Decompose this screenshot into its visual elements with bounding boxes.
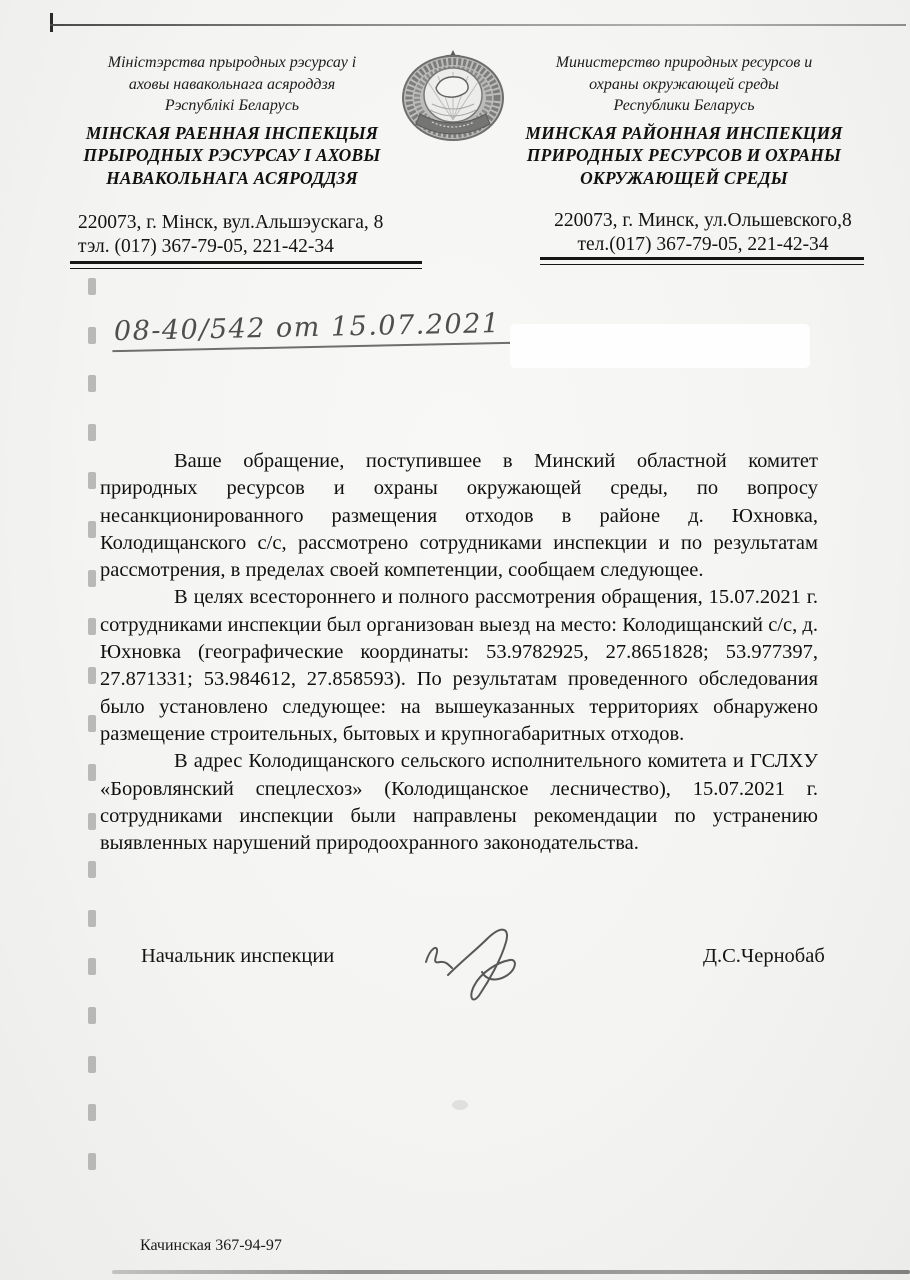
belarus-coat-of-arms-icon	[398, 48, 508, 156]
phone-line: тэл. (017) 367-79-05, 221-42-34	[78, 235, 422, 259]
address-block-belarusian: 220073, г. Мінск, вул.Альшэускага, 8 тэл…	[78, 211, 422, 258]
scan-margin-mark	[88, 1104, 96, 1121]
address-line: 220073, г. Минск, ул.Ольшевского,8	[542, 209, 864, 233]
letter-body: Ваше обращение, поступившее в Минский об…	[100, 448, 818, 857]
scan-margin-mark	[88, 375, 96, 392]
scan-margin-mark	[88, 667, 96, 684]
ministry-line: Министерство природных ресурсов и	[505, 52, 863, 74]
scan-margin-mark	[88, 1007, 96, 1024]
scan-margin-mark	[88, 958, 96, 975]
scan-margin-mark	[88, 327, 96, 344]
scanned-letter-page: Міністэрства прыродных рэсурсау і аховы …	[0, 0, 910, 1280]
inspection-name-line: ПРИРОДНЫХ РЕСУРСОВ И ОХРАНЫ	[505, 144, 863, 167]
double-rule-left	[70, 261, 422, 269]
inspection-name-line: ОКРУЖАЮЩЕЙ СРЕДЫ	[505, 167, 863, 190]
scan-smudge	[452, 1100, 468, 1110]
signer-title: Начальник инспекции	[141, 945, 334, 968]
scan-margin-mark	[88, 570, 96, 587]
inspection-name-line: МІНСКАЯ РАЕННАЯ ІНСПЕКЦЫЯ	[58, 122, 406, 145]
scan-margin-mark	[88, 861, 96, 878]
scan-top-edge-line	[50, 24, 906, 26]
signer-name: Д.С.Чернобаб	[703, 945, 825, 968]
scan-margin-mark	[88, 1056, 96, 1073]
address-block-russian: 220073, г. Минск, ул.Ольшевского,8 тел.(…	[542, 209, 864, 256]
scan-margin-mark	[88, 715, 96, 732]
ministry-line: Міністэрства прыродных рэсурсау і	[58, 52, 406, 74]
redacted-addressee-box	[510, 324, 810, 368]
ministry-line: охраны окружающей среды	[505, 74, 863, 96]
inspection-name-line: ПРЫРОДНЫХ РЭСУРСАУ І АХОВЫ	[58, 144, 406, 167]
scan-margin-mark	[88, 764, 96, 781]
body-paragraph: В целях всестороннего и полного рассмотр…	[100, 584, 818, 748]
handwritten-signature	[418, 918, 548, 1008]
handwritten-reference-number: 08-40/542 от 15.07.2021	[112, 308, 511, 352]
body-paragraph: В адрес Колодищанского сельского исполни…	[100, 748, 818, 857]
scan-margin-mark	[88, 618, 96, 635]
scan-margin-mark	[88, 813, 96, 830]
address-line: 220073, г. Мінск, вул.Альшэускага, 8	[78, 211, 422, 235]
scan-bottom-edge-line	[112, 1270, 910, 1274]
ministry-line: Рэспублікі Беларусь	[58, 95, 406, 117]
scan-margin-mark	[88, 910, 96, 927]
scan-margin-mark	[88, 424, 96, 441]
letterhead-russian: Министерство природных ресурсов и охраны…	[505, 52, 863, 189]
scan-margin-mark	[88, 278, 96, 295]
scan-corner-mark	[50, 13, 53, 32]
scan-margin-mark	[88, 521, 96, 538]
body-paragraph: Ваше обращение, поступившее в Минский об…	[100, 448, 818, 584]
ministry-line: аховы навакольнага асяроддзя	[58, 74, 406, 96]
executor-contact: Качинская 367-94-97	[140, 1237, 282, 1255]
letterhead-belarusian: Міністэрства прыродных рэсурсау і аховы …	[58, 52, 406, 189]
double-rule-right	[540, 257, 864, 265]
scan-margin-mark	[88, 472, 96, 489]
ministry-line: Республики Беларусь	[505, 95, 863, 117]
inspection-name-line: НАВАКОЛЬНАГА АСЯРОДДЗЯ	[58, 167, 406, 190]
phone-line: тел.(017) 367-79-05, 221-42-34	[542, 233, 864, 257]
scan-margin-mark	[88, 1153, 96, 1170]
inspection-name-line: МИНСКАЯ РАЙОННАЯ ИНСПЕКЦИЯ	[505, 122, 863, 145]
